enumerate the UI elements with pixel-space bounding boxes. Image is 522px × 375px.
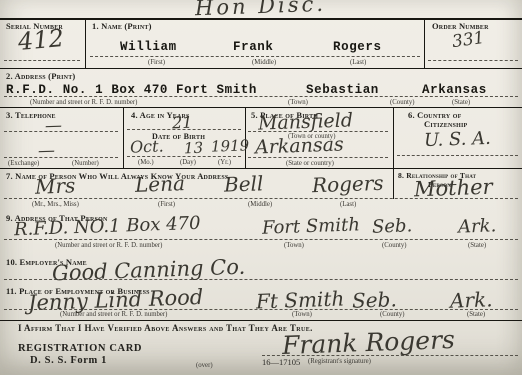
employment-county-sublabel: (County) [380,311,405,318]
contact-first-sublabel: (First) [158,201,175,208]
contact-last-sublabel: (Last) [340,201,356,208]
address-state-value: Arkansas [422,83,487,97]
registrant-signature: Frank Rogers [282,325,456,360]
age-value: 21 [172,113,193,133]
vrule-birth-citizen [393,107,394,168]
over-note: (over) [196,362,213,369]
dob-month-value: Oct. [130,136,164,156]
dotline-name [90,56,420,57]
address-street-sublabel: (Number and street or R. F. D. number) [30,99,137,106]
hrule-row2 [0,107,522,108]
vrule-name-order [424,19,425,68]
dob-year-value: 1919 [211,136,250,155]
employment-town-value: Ft Smith [256,286,345,313]
address-county-value: Sebastian [306,83,379,97]
telephone-number-sublabel: (Number) [72,160,99,167]
vrule-serial-name [85,19,86,68]
dob-day-sublabel: (Day) [180,159,196,166]
name-label: 1. Name (Print) [92,21,152,31]
name-last-value: Rogers [333,40,382,54]
contact-first-value: Lena [135,171,186,197]
hrule-row3 [0,168,522,169]
birthplace-town-value: Mansfield [258,109,354,134]
dotline-address [4,96,518,97]
telephone-number-value: — [38,141,56,162]
birthplace-state-sublabel: (State or country) [286,160,334,167]
citizenship-value: U. S. A. [424,128,492,151]
card-title: REGISTRATION CARD [18,343,142,354]
name-first-sublabel: (First) [148,59,165,66]
name-middle-sublabel: (Middle) [252,59,276,66]
contact-middle-value: Bell [224,171,264,196]
contact-address-town-sublabel: (Town) [284,242,304,249]
contact-address-county-sublabel: (County) [382,242,407,249]
registration-card: Hon Disc. Serial Number 412 1. Name (Pri… [0,0,522,375]
name-last-sublabel: (Last) [350,59,366,66]
address-town-value: Fort Smith [176,83,257,97]
citizenship-label-line2: Citizenship [424,119,467,129]
vrule-contact-relation [393,168,394,199]
dotline-contact-address [4,239,518,240]
contact-address-county-value: Seb. [372,215,413,237]
vrule-tel-age [123,107,124,168]
contact-address-town-value: Fort Smith [262,214,361,238]
telephone-exchange-value: — [45,116,63,137]
employment-state-value: Ark. [450,287,493,312]
hrule-affirmation [0,320,522,321]
contact-middle-sublabel: (Middle) [248,201,272,208]
dotline-tel-2 [4,157,118,158]
dotline-serial [4,60,80,61]
signature-sublabel: (Registrant's signature) [308,358,371,365]
form-number: D. S. S. Form 1 [30,355,107,366]
employment-county-value: Seb. [352,287,398,313]
relationship-value: Mother [414,175,493,202]
affirmation-text: I Affirm That I Have Verified Above Answ… [18,323,313,333]
hrule-row1 [0,68,522,69]
serial-number-value: 412 [17,24,65,56]
contact-address-street-sublabel: (Number and street or R. F. D. number) [55,242,162,249]
dob-day-value: 13 [184,139,204,158]
address-county-sublabel: (County) [390,99,415,106]
employment-street-value: Jenny Lind Rood [28,285,204,315]
name-first-value: William [120,40,177,54]
dob-month-sublabel: (Mo.) [138,159,154,166]
address-street-value: R.F.D. No. 1 Box 470 [6,83,168,97]
dotline-citizenship [397,155,518,156]
contact-last-value: Rogers [312,171,384,197]
birthplace-state-value: Arkansas [255,133,344,158]
contact-title-sublabel: (Mr., Mrs., Miss) [32,201,79,208]
address-town-sublabel: (Town) [288,99,308,106]
contact-address-state-sublabel: (State) [468,242,486,249]
order-number-value: 331 [451,28,486,52]
name-middle-value: Frank [233,40,274,54]
hrule-top [0,18,522,20]
dotline-order [428,60,518,61]
telephone-exchange-sublabel: (Exchange) [8,160,39,167]
contact-title-value: Mrs [35,173,76,198]
dob-year-sublabel: (Yr.) [218,159,231,166]
contact-address-state-value: Ark. [458,215,497,237]
address-label: 2. Address (Print) [6,71,75,81]
address-state-sublabel: (State) [452,99,470,106]
